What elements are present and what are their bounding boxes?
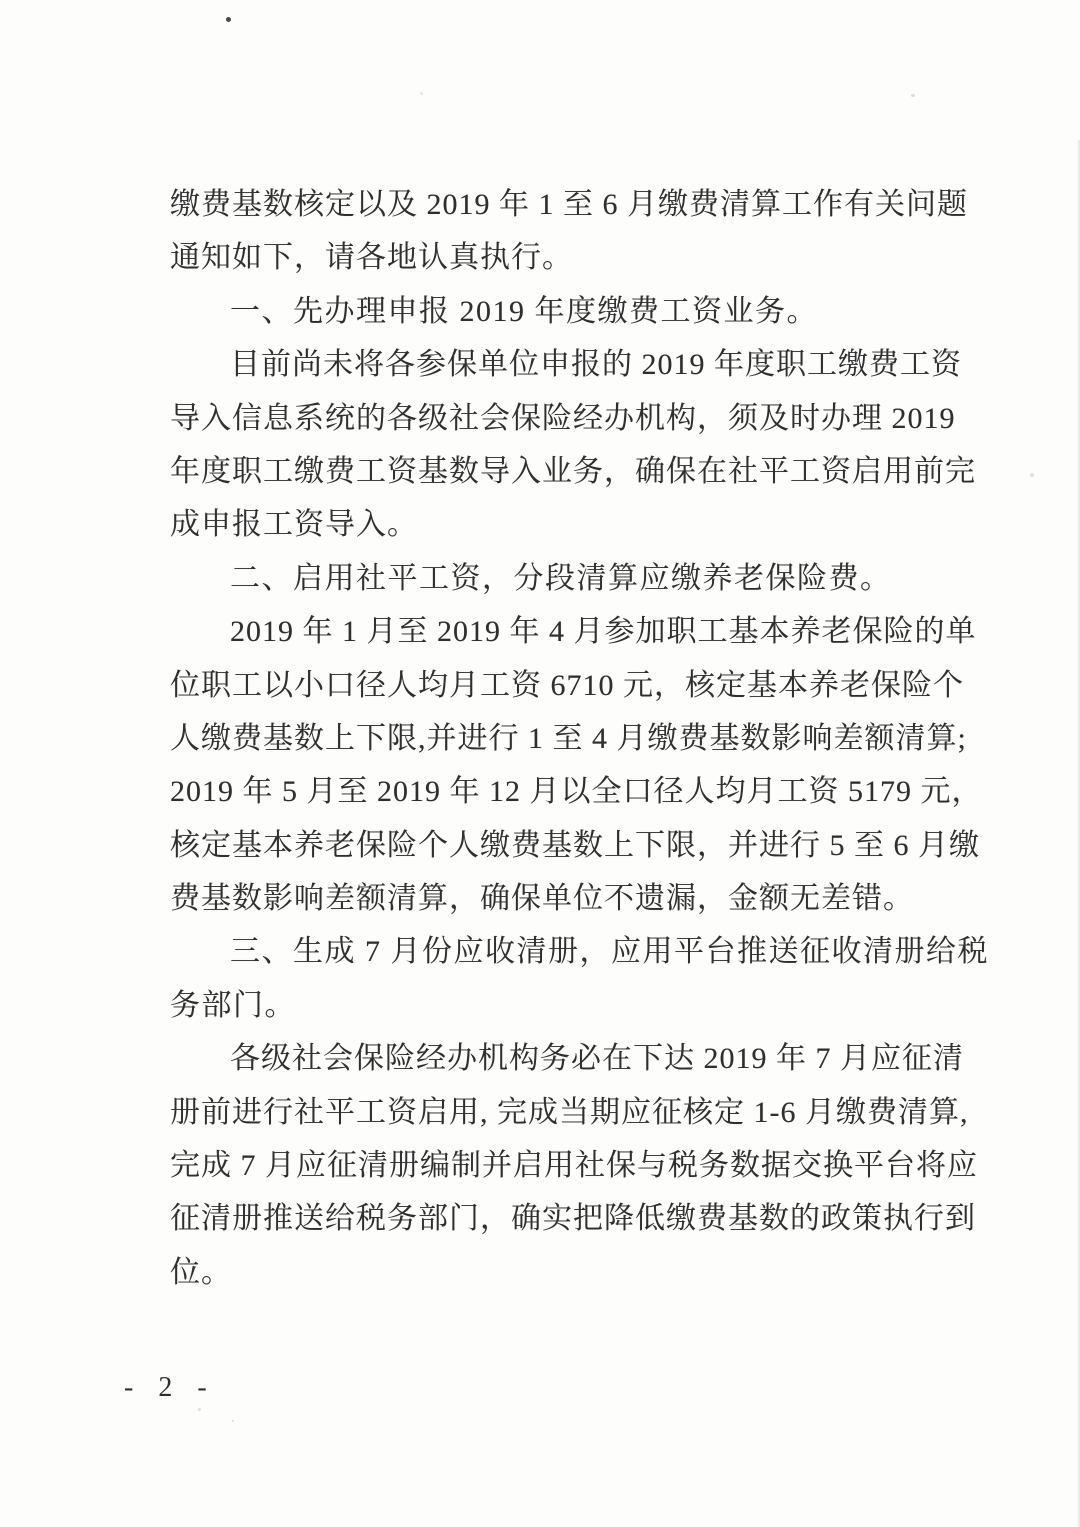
body-text-line: 核定基本养老保险个人缴费基数上下限，并进行 5 至 6 月缴 — [170, 819, 940, 872]
body-text-line: 导入信息系统的各级社会保险经办机构，须及时办理 2019 — [170, 392, 940, 445]
body-text-line: 目前尚未将各参保单位申报的 2019 年度职工缴费工资 — [170, 338, 940, 391]
body-text-line: 各级社会保险经办机构务必在下达 2019 年 7 月应征清 — [170, 1032, 940, 1085]
scan-speck — [226, 17, 231, 22]
body-text-line: 位职工以小口径人均月工资 6710 元，核定基本养老保险个 — [170, 659, 940, 712]
body-text-line: 年度职工缴费工资基数导入业务，确保在社平工资启用前完 — [170, 445, 940, 498]
scan-speck — [198, 1408, 201, 1411]
body-text-line: 成申报工资导入。 — [170, 498, 940, 551]
body-text-line: 册前进行社平工资启用, 完成当期应征核定 1-6 月缴费清算, — [170, 1086, 940, 1139]
section-heading-line: 三、生成 7 月份应收清册，应用平台推送征收清册给税 — [170, 925, 940, 978]
section-heading-line: 二、启用社平工资，分段清算应缴养老保险费。 — [170, 552, 940, 605]
page-number: - 2 - — [124, 1372, 216, 1404]
scan-speck — [911, 94, 915, 97]
body-text-line: 2019 年 5 月至 2019 年 12 月以全口径人均月工资 5179 元， — [170, 765, 940, 818]
body-text-line: 缴费基数核定以及 2019 年 1 至 6 月缴费清算工作有关问题 — [170, 178, 940, 231]
document-text: 缴费基数核定以及 2019 年 1 至 6 月缴费清算工作有关问题通知如下，请各… — [170, 178, 940, 1299]
scan-speck — [232, 1420, 234, 1422]
section-heading-line: 务部门。 — [170, 979, 940, 1032]
scan-speck — [420, 92, 423, 95]
scanned-document-page: 缴费基数核定以及 2019 年 1 至 6 月缴费清算工作有关问题通知如下，请各… — [0, 0, 1080, 1527]
body-text-line: 征清册推送给税务部门，确实把降低缴费基数的政策执行到 — [170, 1192, 940, 1245]
body-text-line: 通知如下，请各地认真执行。 — [170, 231, 940, 284]
body-text-line: 2019 年 1 月至 2019 年 4 月参加职工基本养老保险的单 — [170, 605, 940, 658]
body-text-line: 人缴费基数上下限,并进行 1 至 4 月缴费基数影响差额清算; — [170, 712, 940, 765]
scan-speck — [1030, 473, 1034, 477]
body-text-line: 完成 7 月应征清册编制并启用社保与税务数据交换平台将应 — [170, 1139, 940, 1192]
body-text-line: 费基数影响差额清算，确保单位不遗漏，金额无差错。 — [170, 872, 940, 925]
body-text-line: 位。 — [170, 1246, 940, 1299]
section-heading-line: 一、先办理申报 2019 年度缴费工资业务。 — [170, 285, 940, 338]
